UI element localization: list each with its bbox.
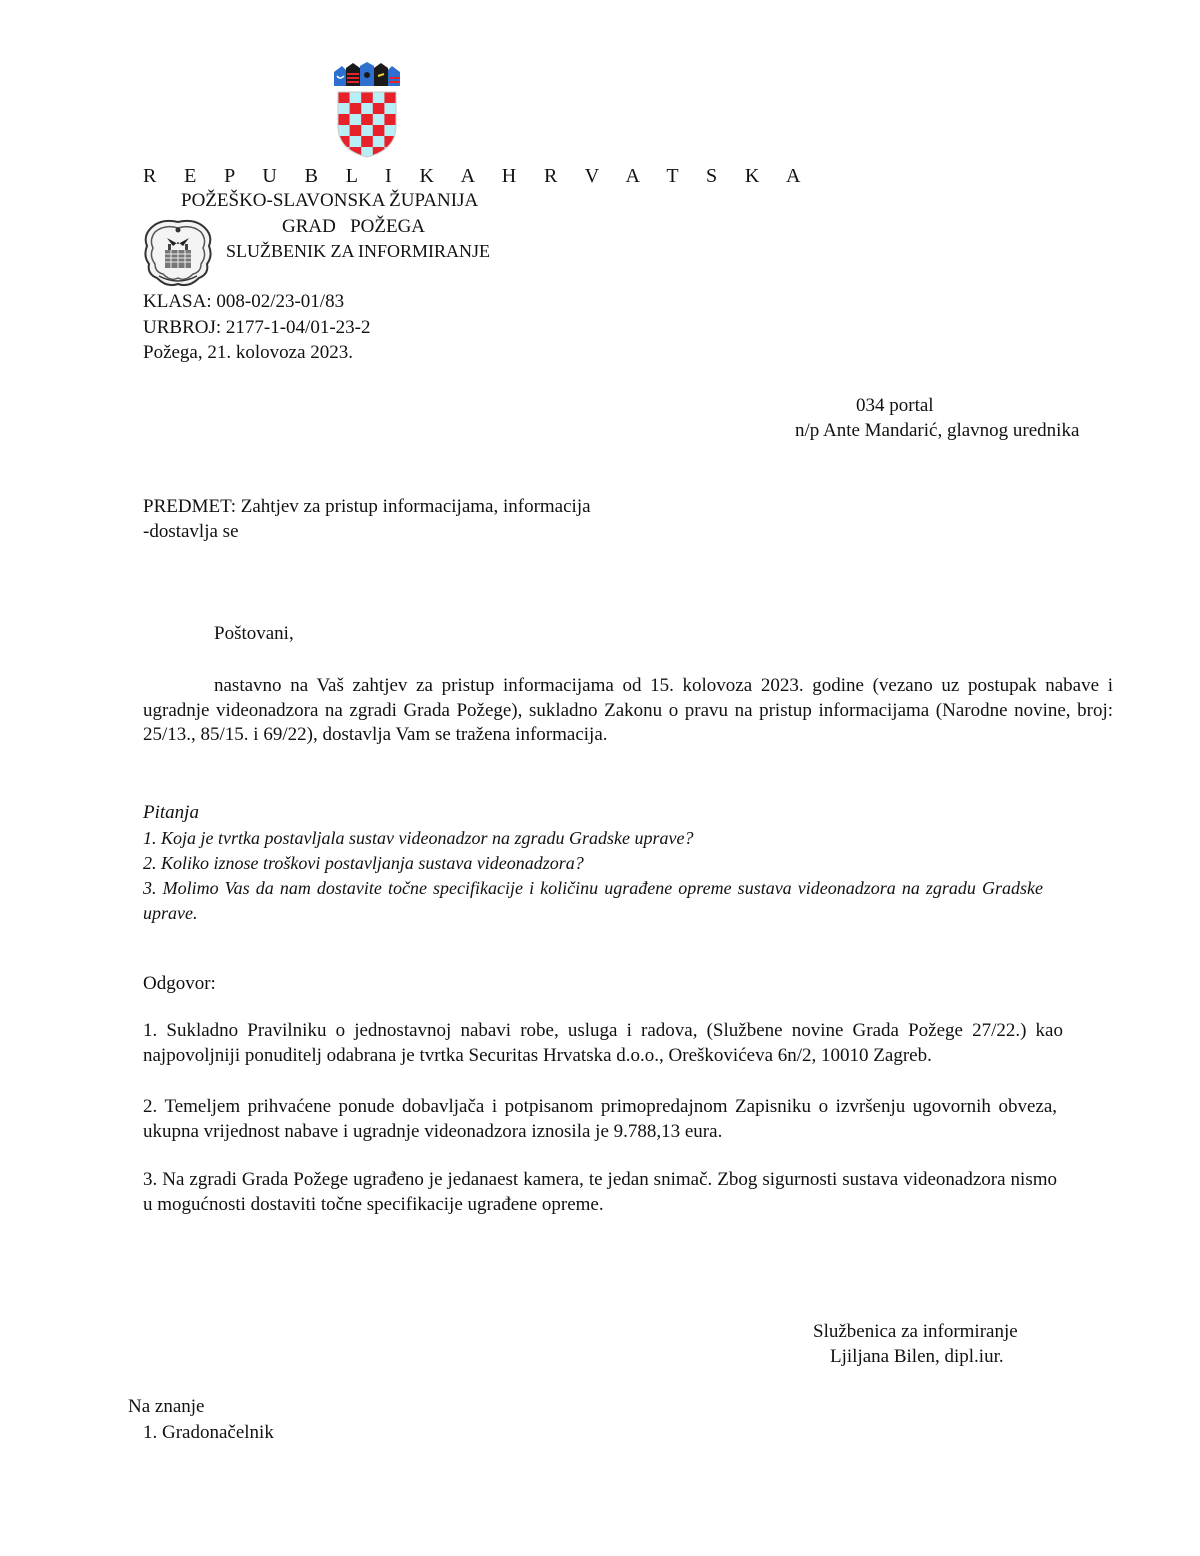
questions-heading: Pitanja (143, 801, 199, 826)
urbroj: URBROJ: 2177-1-04/01-23-2 (143, 316, 370, 341)
question-item: 1. Koja je tvrtka postavljala sustav vid… (143, 826, 693, 851)
subject-line-2: -dostavlja se (143, 520, 239, 545)
intro-paragraph: nastavno na Vaš zahtjev za pristup infor… (143, 674, 1113, 748)
answers-heading: Odgovor: (143, 972, 216, 997)
answer-item: 1. Sukladno Pravilniku o jednostavnoj na… (143, 1019, 1063, 1068)
city-name: GRAD POŽEGA (282, 216, 425, 238)
signature-name: Ljiljana Bilen, dipl.iur. (830, 1345, 1004, 1370)
recipient-attention: n/p Ante Mandarić, glavnog urednika (795, 419, 1079, 444)
cc-item: 1. Gradonačelnik (143, 1421, 274, 1446)
klasa: KLASA: 008-02/23-01/83 (143, 290, 344, 315)
answer-item: 2. Temeljem prihvaćene ponude dobavljača… (143, 1095, 1057, 1144)
country-name: R E P U B L I K A H R V A T S K A (143, 165, 812, 188)
city-seal-icon (141, 216, 215, 288)
greeting: Poštovani, (214, 622, 294, 647)
question-item: 2. Koliko iznose troškovi postavljanja s… (143, 851, 584, 876)
croatian-coat-of-arms-icon (332, 62, 402, 158)
answer-item: 3. Na zgradi Grada Požege ugrađeno je je… (143, 1168, 1057, 1217)
office-name: SLUŽBENIK ZA INFORMIRANJE (226, 241, 490, 262)
recipient-name: 034 portal (856, 394, 934, 419)
signature-title: Službenica za informiranje (813, 1320, 1018, 1345)
cc-heading: Na znanje (128, 1395, 204, 1420)
place-date: Požega, 21. kolovoza 2023. (143, 341, 353, 366)
question-item: 3. Molimo Vas da nam dostavite točne spe… (143, 876, 1043, 925)
subject-line-1: PREDMET: Zahtjev za pristup informacijam… (143, 495, 591, 520)
county-name: POŽEŠKO-SLAVONSKA ŽUPANIJA (181, 190, 478, 212)
